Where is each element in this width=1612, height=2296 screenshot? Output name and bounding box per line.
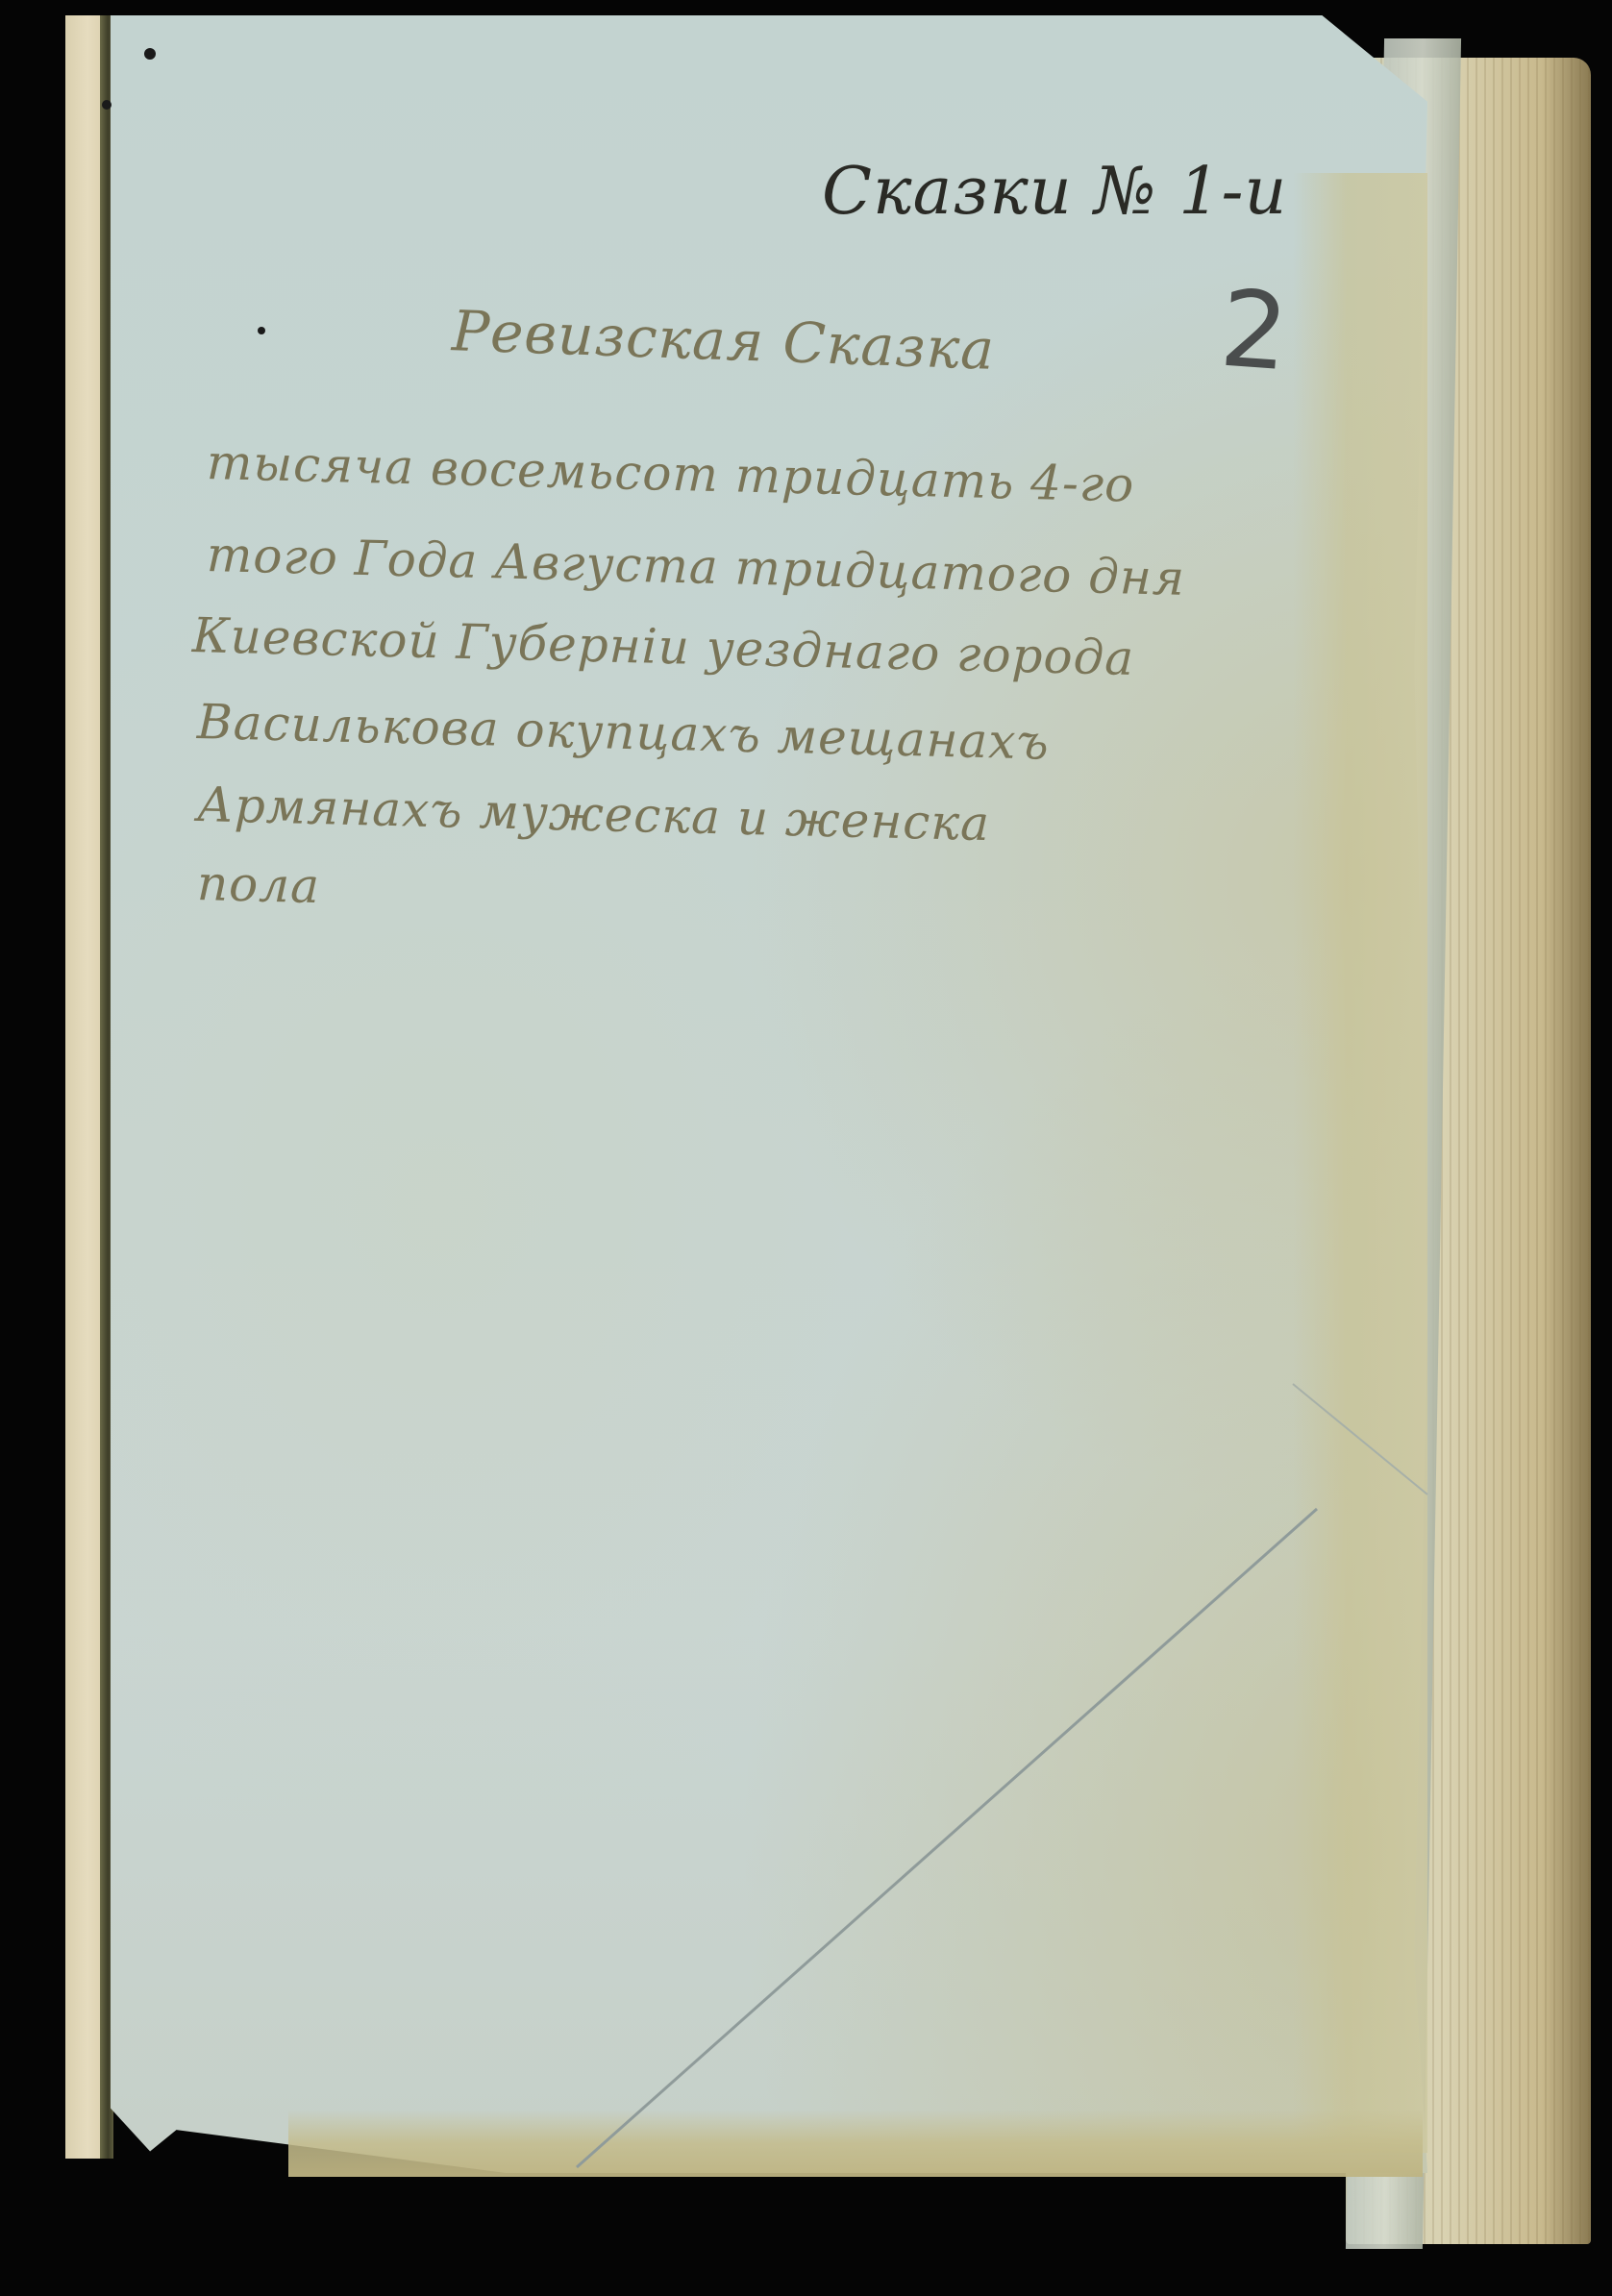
water-stain-bottom [288, 2110, 1423, 2177]
body-line: пола [196, 855, 320, 914]
file-label: Сказки № 1-и [822, 154, 1287, 230]
punch-hole-icon [102, 100, 112, 110]
ink-dot-icon [258, 327, 265, 334]
water-stain-right [1293, 173, 1427, 2153]
punch-hole-icon [144, 48, 156, 60]
folio-number: 2 [1217, 267, 1294, 395]
